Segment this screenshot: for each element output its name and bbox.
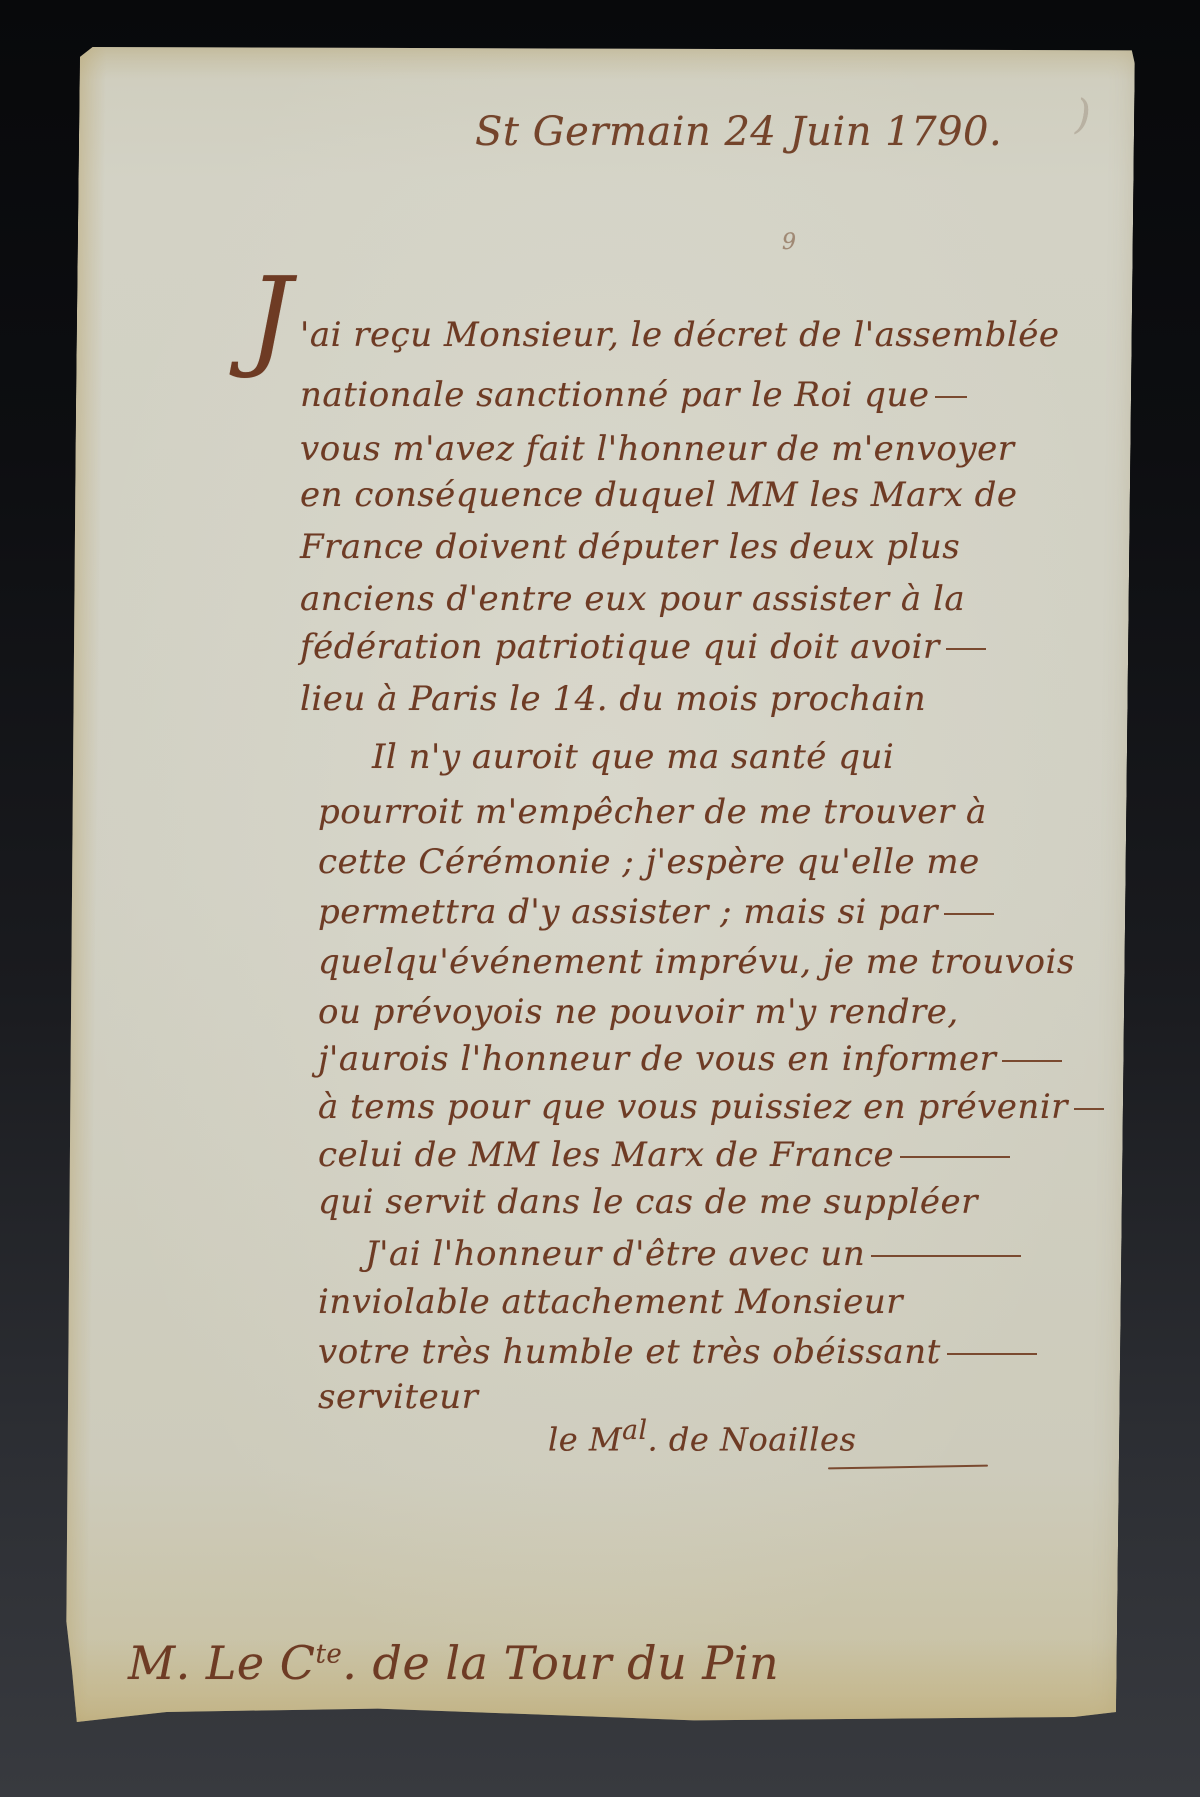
body-line-10: pourroit m'empêcher de me trouver à — [318, 795, 987, 829]
line-filler-dash — [1074, 1108, 1104, 1110]
body-line-2-text: nationale sanctionné par le Roi que — [300, 375, 929, 415]
body-line-6: anciens d'entre eux pour assister à la — [300, 582, 965, 616]
body-line-4: en conséquence duquel MM les Marx de — [300, 478, 1017, 512]
body-line-16-text: à tems pour que vous puissiez en préveni… — [318, 1087, 1068, 1127]
signature-prefix: le M — [548, 1421, 622, 1459]
line-filler-dash — [946, 648, 986, 650]
line-filler-dash — [900, 1156, 1010, 1158]
body-line-11: cette Cérémonie ; j'espère qu'elle me — [318, 845, 980, 879]
body-line-13: quelqu'événement imprévu, je me trouvois — [318, 945, 1075, 979]
body-line-1: 'ai reçu Monsieur, le décret de l'assemb… — [300, 318, 1059, 352]
body-line-21-text: votre très humble et très obéissant — [318, 1332, 941, 1372]
body-line-14: ou prévoyois ne pouvoir m'y rendre, — [318, 995, 959, 1029]
line-filler-dash — [871, 1255, 1021, 1257]
body-line-19: J'ai l'honneur d'être avec un — [365, 1237, 1021, 1271]
body-line-18: qui servit dans le cas de me suppléer — [318, 1185, 978, 1219]
decorative-initial: J — [248, 262, 293, 372]
body-line-17: celui de MM les Marx de France — [318, 1138, 1010, 1172]
body-line-9: Il n'y auroit que ma santé qui — [372, 740, 894, 774]
signature-name: . de Noailles — [648, 1421, 857, 1459]
line-filler-dash — [935, 396, 967, 398]
edge-mark: ) — [1075, 95, 1091, 135]
body-line-12-text: permettra d'y assister ; mais si par — [318, 892, 938, 932]
body-line-16: à tems pour que vous puissiez en préveni… — [318, 1090, 1104, 1124]
body-line-12: permettra d'y assister ; mais si par — [318, 895, 994, 929]
body-line-15-text: j'aurois l'honneur de vous en informer — [318, 1039, 996, 1079]
line-filler-dash — [947, 1353, 1037, 1355]
body-line-5: France doivent députer les deux plus — [300, 530, 960, 564]
margin-mark: 9 — [782, 232, 797, 254]
signature-superscript: al — [622, 1415, 647, 1446]
letter-date: St Germain 24 Juin 1790. — [475, 112, 1002, 152]
addressee: M. Le Cte. de la Tour du Pin — [128, 1640, 779, 1686]
body-line-20: inviolable attachement Monsieur — [318, 1285, 903, 1319]
body-line-17-text: celui de MM les Marx de France — [318, 1135, 894, 1175]
body-line-7: fédération patriotique qui doit avoir — [300, 630, 986, 664]
body-line-21: votre très humble et très obéissant — [318, 1335, 1037, 1369]
addressee-superscript: te — [315, 1640, 342, 1670]
paper-aging-edge — [61, 47, 1135, 1722]
body-line-7-text: fédération patriotique qui doit avoir — [300, 627, 940, 667]
body-line-15: j'aurois l'honneur de vous en informer — [318, 1042, 1062, 1076]
line-filler-dash — [944, 913, 994, 915]
body-line-8: lieu à Paris le 14. du mois prochain — [300, 682, 926, 716]
signature: le Mal. de Noailles — [548, 1418, 856, 1456]
body-line-22: serviteur — [318, 1380, 478, 1414]
addressee-prefix: M. Le C — [128, 1636, 315, 1690]
letter-paper — [61, 47, 1135, 1722]
document-photo: St Germain 24 Juin 1790. ) 9 J 'ai reçu … — [0, 0, 1200, 1797]
body-line-2: nationale sanctionné par le Roi que — [300, 378, 967, 412]
body-line-3: vous m'avez fait l'honneur de m'envoyer — [300, 432, 1014, 466]
body-line-19-text: J'ai l'honneur d'être avec un — [365, 1234, 865, 1274]
addressee-name: . de la Tour du Pin — [342, 1636, 779, 1690]
line-filler-dash — [1002, 1060, 1062, 1062]
